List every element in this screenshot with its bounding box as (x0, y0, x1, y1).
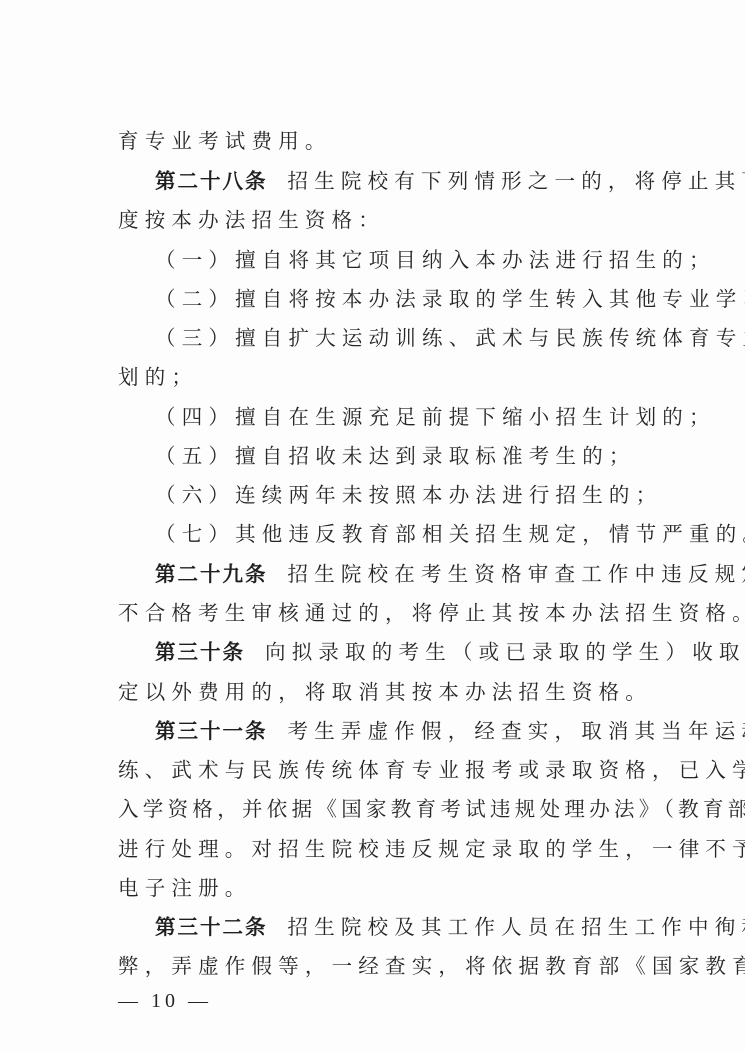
list-item: （七）其他违反教育部相关招生规定，情节严重的。 (155, 519, 695, 549)
article-heading: 第三十二条 (155, 915, 268, 939)
article-30-line: 第三十条向拟录取的考生（或已录取的学生）收取国家规 (155, 637, 695, 667)
paragraph-line: 入学资格，并依据《国家教育考试违规处理办法》（教育部 33 号令） (118, 794, 658, 824)
list-item: （三）擅自扩大运动训练、武术与民族传统体育专业招生计 (155, 323, 695, 353)
paragraph-line: 电子注册。 (118, 873, 658, 903)
article-31-line: 第三十一条考生弄虚作假，经查实，取消其当年运动训 (155, 716, 695, 746)
article-heading: 第三十一条 (155, 719, 268, 743)
list-item: （一）擅自将其它项目纳入本办法进行招生的； (155, 245, 695, 275)
list-item: （二）擅自将按本办法录取的学生转入其他专业学习的； (155, 284, 695, 314)
paragraph-line: 不合格考生审核通过的，将停止其按本办法招生资格。 (118, 598, 658, 628)
article-heading: 第二十九条 (155, 562, 268, 586)
list-item: （五）擅自招收未达到录取标准考生的； (155, 441, 695, 471)
paragraph-line: 育专业考试费用。 (118, 126, 658, 156)
paragraph-line: 练、武术与民族传统体育专业报考或录取资格，已入学者，取消其 (118, 755, 658, 785)
article-heading: 第三十条 (155, 640, 245, 664)
article-32-line: 第三十二条招生院校及其工作人员在招生工作中徇私舞 (155, 912, 695, 942)
page-number: — 10 — (118, 990, 212, 1013)
paragraph-line: 定以外费用的，将取消其按本办法招生资格。 (118, 677, 658, 707)
paragraph-line: 弊，弄虚作假等，一经查实，将依据教育部《国家教育考试违规 (118, 951, 658, 981)
list-item: （六）连续两年未按照本办法进行招生的； (155, 480, 695, 510)
list-item: （四）擅自在生源充足前提下缩小招生计划的； (155, 402, 695, 432)
paragraph-line: 进行处理。对招生院校违反规定录取的学生，一律不予新生学籍 (118, 834, 658, 864)
article-heading: 第二十八条 (155, 169, 268, 193)
paragraph-line: 度按本办法招生资格： (118, 205, 658, 235)
article-28-line: 第二十八条招生院校有下列情形之一的，将停止其下一年 (155, 166, 695, 196)
article-29-line: 第二十九条招生院校在考生资格审查工作中违反规定，将 (155, 559, 695, 589)
document-page: 育专业考试费用。 第二十八条招生院校有下列情形之一的，将停止其下一年 度按本办法… (0, 0, 745, 1053)
paragraph-line: 划的； (118, 362, 658, 392)
